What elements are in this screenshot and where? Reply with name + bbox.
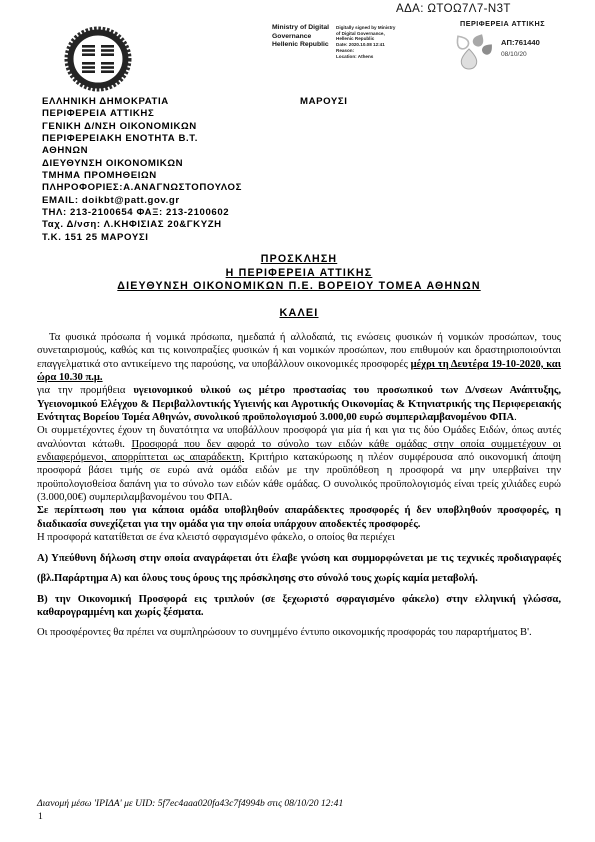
- digital-signature-details: Digitally signed by Ministry of Digital …: [336, 25, 416, 59]
- issue-place: ΜΑΡΟΥΣΙ: [300, 96, 348, 107]
- agency-line: Τ.Κ. 151 25 ΜΑΡΟΥΣΙ: [42, 232, 242, 244]
- paragraph: Σε περίπτωση που για κάποια ομάδα υποβλη…: [37, 504, 561, 531]
- paragraph: Οι συμμετέχοντες έχουν τη δυνατότητα να …: [37, 424, 561, 504]
- ministry-stamp-label: Ministry of Digital Governance Hellenic …: [272, 24, 336, 50]
- attica-region-logo-icon: [452, 33, 494, 78]
- document-title: ΠΡΟΣΚΛΗΣΗ Η ΠΕΡΙΦΕΡΕΙΑ ΑΤΤΙΚΗΣ ΔΙΕΥΘΥΝΣΗ…: [37, 253, 561, 294]
- paragraph: Οι προσφέροντες θα πρέπει να συμπληρώσου…: [37, 626, 561, 639]
- body-text: Η προσφορά κατατίθεται σε ένα κλειστό σφ…: [37, 532, 395, 543]
- region-stamp-label: ΠΕΡΙΦΕΡΕΙΑ ΑΤΤΙΚΗΣ: [460, 19, 545, 28]
- agency-line: ΠΕΡΙΦΕΡΕΙΑ ΑΤΤΙΚΗΣ: [42, 108, 242, 120]
- body-text: για την προμήθεια: [37, 385, 133, 396]
- title-line: ΠΡΟΣΚΛΗΣΗ: [37, 253, 561, 267]
- agency-line: ΑΘΗΝΩΝ: [42, 145, 242, 157]
- body-text: Α) Υπεύθυνη δήλωση στην οποία αναγράφετα…: [37, 553, 561, 585]
- agency-line: ΤΜΗΜΑ ΠΡΟΜΗΘΕΙΩΝ: [42, 170, 242, 182]
- agency-line: ΤΗΛ: 213-2100654 ΦΑΞ: 213-2100602: [42, 207, 242, 219]
- agency-address-block: ΕΛΛΗΝΙΚΗ ΔΗΜΟΚΡΑΤΙΑ ΠΕΡΙΦΕΡΕΙΑ ΑΤΤΙΚΗΣ Γ…: [42, 96, 242, 244]
- call-heading: ΚΑΛΕΙ: [37, 307, 561, 319]
- paragraph: για την προμήθεια υγειονομικού υλικού ως…: [37, 384, 561, 424]
- agency-line: EMAIL: doikbt@patt.gov.gr: [42, 195, 242, 207]
- agency-line: ΓΕΝΙΚΗ Δ/ΝΣΗ ΟΙΚΟΝΟΜΙΚΩΝ: [42, 121, 242, 133]
- agency-line: ΠΛΗΡΟΦΟΡΙΕΣ:Α.ΑΝΑΓΝΩΣΤΟΠΟΥΛΟΣ: [42, 182, 242, 194]
- body-text: Οι προσφέροντες θα πρέπει να συμπληρώσου…: [37, 627, 532, 638]
- ministry-stamp-line: Ministry of Digital: [272, 24, 336, 33]
- distribution-note: Διανομή μέσω 'ΙΡΙΔΑ' με UID: 5f7ec4aaa02…: [37, 798, 343, 809]
- agency-line: ΔΙΕΥΘΥΝΣΗ ΟΙΚΟΝΟΜΙΚΩΝ: [42, 158, 242, 170]
- ministry-stamp-line: Governance: [272, 33, 336, 42]
- document-page: ΑΔΑ: ΩΤΟΩ7Λ7-Ν3Τ Ministry of Digital Gov…: [0, 0, 595, 842]
- paragraph: Τα φυσικά πρόσωπα ή νομικά πρόσωπα, ημεδ…: [37, 331, 561, 384]
- ada-code: ΑΔΑ: ΩΤΟΩ7Λ7-Ν3Τ: [396, 3, 511, 15]
- body-text: Σε περίπτωση που για κάποια ομάδα υποβλη…: [37, 505, 561, 529]
- body-text: Β) την Οικονομική Προσφορά εις τριπλούν …: [37, 594, 561, 618]
- ministry-stamp-line: Hellenic Republic: [272, 41, 336, 50]
- protocol-number: ΑΠ:761440: [501, 38, 540, 47]
- title-line: Η ΠΕΡΙΦΕΡΕΙΑ ΑΤΤΙΚΗΣ: [37, 267, 561, 281]
- body-text: .: [514, 412, 517, 423]
- page-number: 1: [38, 811, 43, 822]
- document-body: Τα φυσικά πρόσωπα ή νομικά πρόσωπα, ημεδ…: [37, 331, 561, 639]
- agency-line: Ταχ. Δ/νση: Λ.ΚΗΦΙΣΙΑΣ 20&ΓΚΥΖΗ: [42, 219, 242, 231]
- agency-line: ΕΛΛΗΝΙΚΗ ΔΗΜΟΚΡΑΤΙΑ: [42, 96, 242, 108]
- paragraph: Η προσφορά κατατίθεται σε ένα κλειστό σφ…: [37, 531, 561, 544]
- greek-coat-of-arms-icon: [64, 26, 132, 97]
- paragraph-item-b: Β) την Οικονομική Προσφορά εις τριπλούν …: [37, 593, 561, 620]
- paragraph-item-a: Α) Υπεύθυνη δήλωση στην οποία αναγράφετα…: [37, 549, 561, 591]
- agency-line: ΠΕΡΙΦΕΡΕΙΑΚΗ ΕΝΟΤΗΤΑ Β.Τ.: [42, 133, 242, 145]
- title-line: ΔΙΕΥΘΥΝΣΗ ΟΙΚΟΝΟΜΙΚΩΝ Π.Ε. ΒΟΡΕΙΟΥ ΤΟΜΕΑ…: [37, 280, 561, 294]
- protocol-date: 08/10/20: [501, 51, 527, 58]
- signature-line: Location: Athens: [336, 54, 416, 60]
